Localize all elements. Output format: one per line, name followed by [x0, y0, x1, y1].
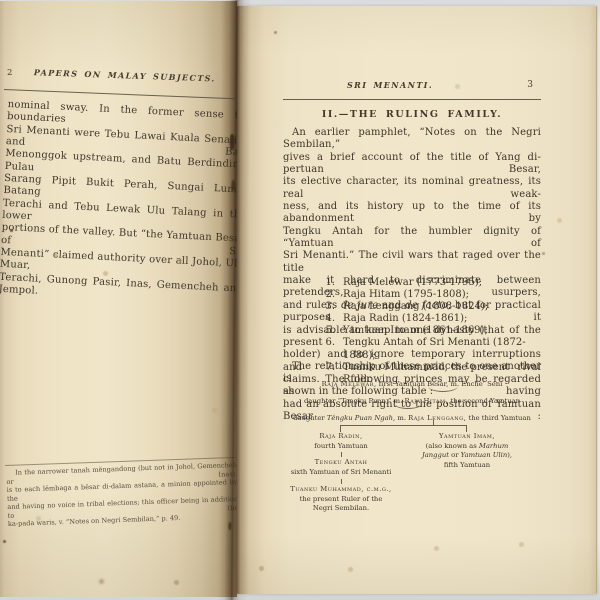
text-segment: Raja Lenggang,	[408, 414, 466, 422]
text-segment: daughter “Tengku Puan,” m.	[304, 397, 405, 405]
genealogy-node: the present Ruler of the	[271, 495, 411, 505]
descent-line	[341, 452, 342, 457]
body-text: nominal sway. In the former sense the bo…	[0, 99, 237, 308]
text-segment: Marhum	[479, 442, 508, 450]
text-segment: the present Ruler of the	[300, 495, 383, 503]
text-segment: m.	[395, 414, 408, 422]
genealogy-row: Raja Melewar, first Yamtuan Besar, m. En…	[283, 380, 541, 388]
header-rule	[4, 89, 235, 99]
text-segment: fifth Yamtuan	[444, 461, 490, 469]
text-segment: the second Yamtuan	[448, 397, 520, 405]
text-segment: the third Yamtuan	[466, 414, 531, 422]
right-page: SRI MENANTI. 3 II.—THE RULING FAMILY. An…	[237, 6, 597, 594]
book-photo: 2 PAPERS ON MALAY SUBJECTS. nominal sway…	[0, 0, 600, 600]
genealogy-node: Raja Radin,	[271, 432, 411, 442]
text-segment: daughter	[293, 414, 327, 422]
descent-connector	[428, 386, 458, 392]
text-segment: Tĕngku Puan Ngah,	[327, 414, 395, 422]
genealogy-node: Negri Sembilan.	[271, 504, 411, 514]
text-segment: Janggut	[422, 451, 449, 459]
text-segment: Tengku Antah	[315, 458, 368, 466]
text-segment: sixth Yamtuan of Sri Menanti	[291, 468, 392, 476]
text-segment: Negri Sembilan.	[313, 504, 369, 512]
genealogy-node: Tengku Antah	[271, 458, 411, 468]
genealogy-node: Tuanku Muhammad, c.m.g.,	[271, 485, 411, 495]
descent-line	[341, 479, 342, 484]
page-content: SRI MENANTI. 3 II.—THE RULING FAMILY. An…	[283, 80, 541, 594]
genealogy-node: fifth Yamtuan	[392, 461, 542, 471]
branch-yamtuan-imam: Yamtuan Imam, (also known as Marhum Jang…	[392, 432, 542, 470]
genealogy-node: Janggut or Yamtuan Ulin),	[392, 451, 542, 461]
text-segment: (also known as	[426, 442, 479, 450]
text-segment: Raja Melewar,	[322, 380, 377, 388]
branch-raja-radin: Raja Radin, fourth Yamtuan Tengku Antah …	[271, 432, 411, 514]
genealogy-node: (also known as Marhum	[392, 442, 542, 452]
text-segment: Tuanku Muhammad, c.m.g.,	[290, 485, 391, 493]
text-segment: Raja Radin,	[319, 432, 362, 440]
genealogy-node: sixth Yamtuan of Sri Menanti	[271, 468, 411, 478]
text-segment: ),	[507, 451, 512, 459]
text-segment: or	[449, 451, 461, 459]
footnote: In the narrower tanah mĕngandong (but no…	[6, 461, 237, 529]
page-number: 2	[7, 68, 12, 78]
descent-connector	[393, 403, 423, 409]
genealogy-row: daughter Tĕngku Puan Ngah, m. Raja Lengg…	[283, 414, 541, 422]
text-segment: Yamtuan Ulin	[461, 451, 508, 459]
genealogy-node: Yamtuan Imam,	[392, 432, 542, 442]
running-header: PAPERS ON MALAY SUBJECTS.	[30, 67, 220, 84]
text-segment: fourth Yamtuan	[314, 442, 368, 450]
branch-bar	[340, 425, 467, 426]
left-page: 2 PAPERS ON MALAY SUBJECTS. nominal sway…	[0, 1, 237, 597]
genealogy-table: Raja Melewar, first Yamtuan Besar, m. En…	[283, 80, 541, 594]
text-segment: Yamtuan Imam,	[439, 432, 495, 440]
genealogy-node: fourth Yamtuan	[271, 442, 411, 452]
